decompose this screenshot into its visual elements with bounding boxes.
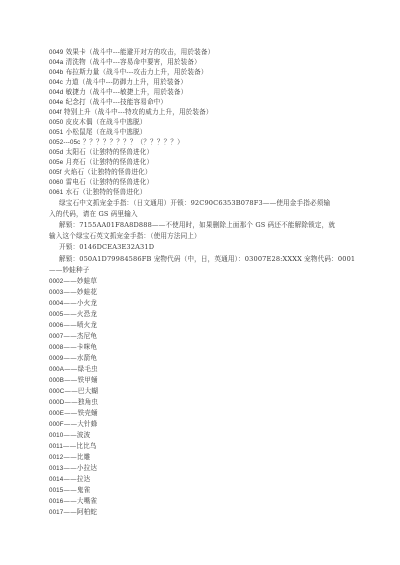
paragraph-lock-line1: 解锁：7155AA01F8A8D888——不使用时，如果删除上面那个 GS 码还… <box>59 221 335 230</box>
pet-code-line: 0005——火恐龙 <box>49 310 97 319</box>
pet-code-line: 0002——妙蛙草 <box>49 277 97 286</box>
paragraph-unlock-en: 开锁：0146DCEA3E32A31D <box>59 243 154 252</box>
pet-code-line: 0017——阿柏蛇 <box>49 508 97 517</box>
pet-code-line: 000F——大针蜂 <box>49 420 97 429</box>
paragraph-lock-line2: 输入这个绿宝石英文抓宠金手指：（使用方法同上） <box>49 232 201 241</box>
pet-code-line: 0015——鬼雀 <box>49 486 90 495</box>
pet-code-line: 0007——杰尼龟 <box>49 332 97 341</box>
pet-code-line: 0003——妙蛙花 <box>49 288 97 297</box>
paragraph-unlock-jp-line1: 绿宝石中文抓宠金手指：（日文通用）开锁：92C90C6353B078F3——使用… <box>59 199 330 208</box>
pet-code-line: 000D——独角虫 <box>49 398 98 407</box>
item-code-line: 005f 火焰石（让独特的怪兽进化） <box>49 168 152 177</box>
item-code-line: 004b 布拉斯力量（战斗中---攻击力上升，用於装备） <box>49 68 208 77</box>
item-code-line: 0049 效果卡（战斗中---能避开对方的攻击，用於装备） <box>49 48 214 57</box>
paragraph-pet-code-line1: 解锁：050A1D79984586FB 宠物代码（中，日，英通用）：03007E… <box>59 255 355 264</box>
pet-code-line: 0006——喷火龙 <box>49 321 97 330</box>
item-code-line: 004a 清洗物（战斗中---容易命中要害，用於装备） <box>49 58 201 67</box>
pet-code-line: 000C——巴大蝴 <box>49 387 98 396</box>
document-page: 0049 效果卡（战斗中---能避开对方的攻击，用於装备） 004a 清洗物（战… <box>0 0 400 565</box>
pet-code-line: 000E——铁壳蛹 <box>49 409 98 418</box>
item-code-line: 004f 特别上升（战斗中---特攻的威力上升，用於装备） <box>49 108 213 117</box>
pet-code-line: 0009——水箭龟 <box>49 354 97 363</box>
item-code-line: 0050 皮皮木偶（在战斗中逃脱） <box>49 118 147 127</box>
item-code-line: 0052---05c ？？？？？？？？（？？？？？） <box>49 138 184 147</box>
item-code-line: 0060 雷电石（让独特的怪兽进化） <box>49 178 153 187</box>
pet-code-line: 000B——铁甲蛹 <box>49 376 98 385</box>
pet-code-line: 0013——小拉达 <box>49 464 97 473</box>
pet-code-line: 0016——大嘴雀 <box>49 497 97 506</box>
item-code-line: 005d 太阳石（让独特的怪兽进化） <box>49 148 153 157</box>
item-code-line: 005e 月亮石（让独特的怪兽进化） <box>49 158 153 167</box>
item-code-line: 0051 小松鼠尾（在战斗中逃脱） <box>49 128 147 137</box>
item-code-line: 0061 水石（让独特的怪兽进化） <box>49 188 147 197</box>
paragraph-unlock-jp-line2: 入的代码，请在 GS 码里输入 <box>49 210 138 219</box>
item-code-line: 004e 纪念打（战斗中---技能容易命中） <box>49 98 167 107</box>
pet-code-line: 0004——小火龙 <box>49 299 97 308</box>
pet-code-line: 0008——卡咪龟 <box>49 343 97 352</box>
item-code-line: 004c 力道（战斗中---防御力上升，用於装备） <box>49 78 187 87</box>
pet-code-line: 0014——拉达 <box>49 475 90 484</box>
item-code-line: 004d 敏捷力（战斗中---敏捷上升，用於装备） <box>49 88 187 97</box>
pet-code-line: 000A——绿毛虫 <box>49 365 98 374</box>
pet-code-line: 0010——波波 <box>49 431 90 440</box>
paragraph-pet-code-line2: ——妙蛙种子 <box>49 266 89 275</box>
pet-code-line: 0011——比比鸟 <box>49 442 97 451</box>
pet-code-line: 0012——比雕 <box>49 453 90 462</box>
